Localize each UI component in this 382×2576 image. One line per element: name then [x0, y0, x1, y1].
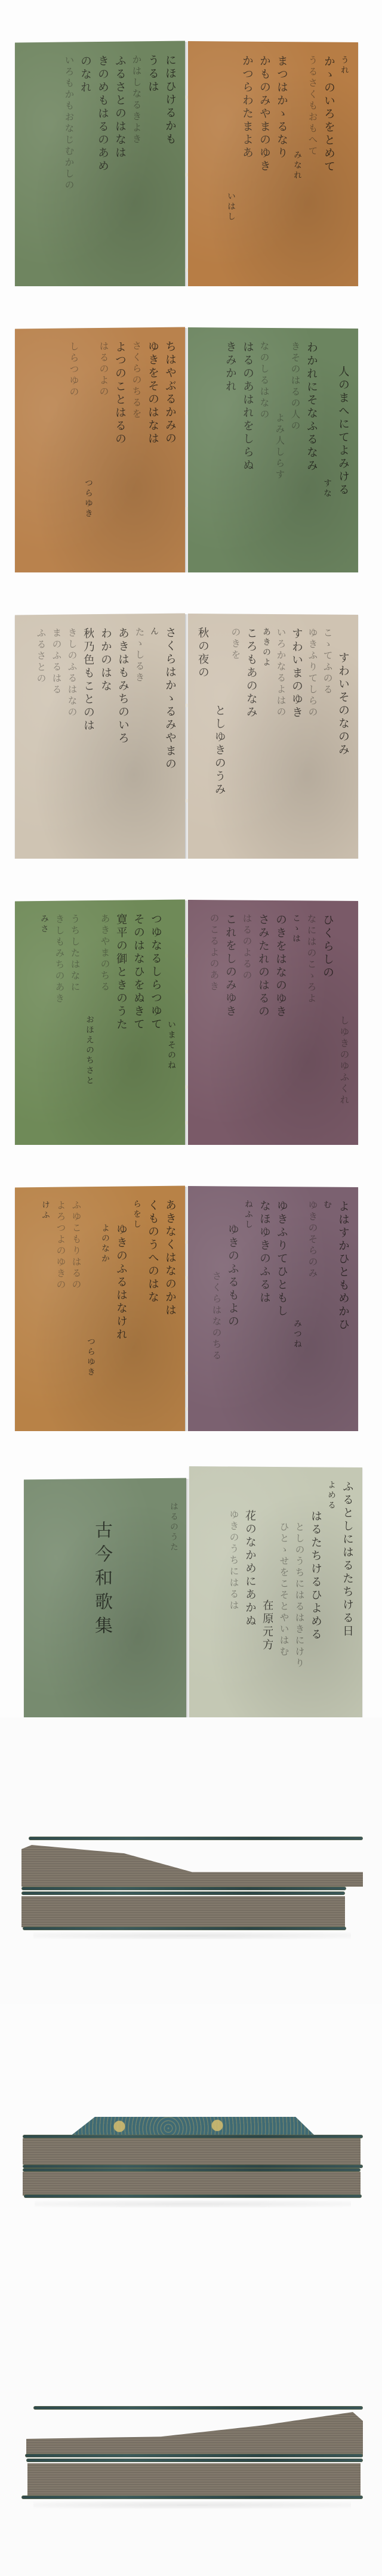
stitch-icon — [186, 268, 187, 272]
calligraphy-column: 在原元方 — [261, 1480, 273, 1717]
calligraphy-column: ちはやぶるかみの — [164, 340, 175, 572]
right-page-purple: しゆきのゆふくれ ひくらしの なにはのこゝろよ こゝは のきをはなのゆき さみた… — [188, 900, 358, 1145]
book-edge-view — [21, 1837, 363, 1956]
photo-side-edge-1 — [0, 1717, 382, 2004]
book-edge-view — [23, 2117, 363, 2236]
calligraphy-column: 秋の夜の — [198, 627, 208, 859]
calligraphy-column: はるたちけるひよめる — [310, 1480, 321, 1717]
photo-open-spread-5: あきなくはなのかは くものうへのはな らをし ゆきのふるはなけれ よのなか つら… — [0, 1145, 382, 1431]
cover-brocade-pattern — [70, 2117, 315, 2136]
calligraphy-column: きそのはるの人の — [290, 341, 300, 572]
calligraphy-column: しゆきのゆふくれ — [339, 914, 349, 1145]
calligraphy-column: しらつゆの — [69, 341, 78, 572]
calligraphy-column: さくらのちるを — [131, 340, 141, 572]
calligraphy-column: いまそのね — [167, 913, 175, 1145]
calligraphy-column: たゝしるき — [134, 627, 144, 859]
calligraphy-column: かつらわたまよあ — [241, 55, 252, 286]
book-spread: にほひけるかも うるは かはしなるきよき ふるさとのはなは きのめもはるのあめ … — [15, 42, 364, 286]
calligraphy-column: よはすかひともめかひ — [337, 1200, 349, 1431]
calligraphy-column: わかれにそなふるなみ — [306, 341, 317, 572]
calligraphy-column: ふゆこもりはるの — [71, 1200, 81, 1431]
right-page-beige: すわいそのなのみ こゝてふのる ゆきふりてしらの すわいまのゆき いろかなるよは… — [188, 614, 358, 859]
calligraphy-column: 花のなかめにあかぬ — [244, 1480, 255, 1717]
photo-title-spread: 古今和歌集 はるのうた ふるとしにはるたちける日 よめる はるたちけるひよめる … — [0, 1431, 382, 1717]
book-edge-view — [21, 2406, 363, 2525]
calligraphy-column: のきをはなのゆき — [275, 914, 286, 1145]
calligraphy-column: なほゆきのふるは — [258, 1200, 270, 1431]
calligraphy-column: ころもあのなみ — [246, 627, 257, 859]
calligraphy-column: さくらはかゝるみやまの — [164, 627, 175, 859]
calligraphy-column: おほえのちさと — [85, 914, 94, 1145]
calligraphy-column: うれ — [340, 55, 349, 286]
calligraphy-column: としゆきのうみ — [214, 627, 225, 859]
calligraphy-column: すわいまのゆき — [291, 627, 302, 859]
calligraphy-column: 人のまへにてよみける — [337, 342, 349, 572]
calligraphy-column: きみかれ — [224, 340, 236, 572]
calligraphy-column: まのふるはる — [51, 628, 61, 859]
left-page-green: にほひけるかも うるは かはしなるきよき ふるさとのはなは きのめもはるのあめ … — [15, 41, 185, 286]
photo-open-spread-4: いまそのね つゆなるしらつゆて そのはなひをぬきて 寛平の御ときのうた あきやま… — [0, 859, 382, 1145]
calligraphy-column: みつね — [293, 1200, 301, 1431]
calligraphy-column: よつのことはるの — [114, 341, 125, 572]
calligraphy-column: みさ — [40, 914, 48, 1145]
page-edges-lower — [23, 2172, 361, 2196]
calligraphy-column: かはしなるきよき — [131, 54, 141, 286]
calligraphy-column: にほひけるかも — [164, 54, 175, 286]
photo-open-spread-3: さくらはかゝるみやまの ん たゝしるき あきはもみちのいろ わかのはな 秋乃色も… — [0, 572, 382, 859]
calligraphy-column: すわいそのなのみ — [338, 628, 349, 859]
left-page-ochre: ちはやぶるかみの ゆきをそのはなは さくらのちるを よつのことはるの はるのよの… — [15, 327, 185, 572]
calligraphy-column: わかのはな — [100, 627, 111, 859]
edge-column: はるのうた — [170, 1502, 178, 1553]
calligraphy-column: きしのふるはなの — [67, 627, 76, 859]
stitch-icon — [186, 173, 187, 177]
calligraphy-column: かゝのいろをとめて — [323, 55, 334, 286]
calligraphy-column: のこるよのあき — [209, 913, 218, 1145]
stitch-icon — [186, 95, 187, 99]
right-page-purple: よはすかひともめかひ む ゆきのそらのみ みつね ゆきふりてひともし なほゆきの… — [188, 1186, 358, 1431]
page-edges-upper — [26, 2412, 363, 2457]
calligraphy-column: ゆきのふるはなけれ — [115, 1200, 127, 1431]
calligraphy-column: はるのあはれをしらぬ — [242, 341, 253, 572]
page-edges-upper — [23, 2138, 361, 2165]
calligraphy-column: ゆきふりてひともし — [276, 1200, 287, 1431]
photo-open-spread-1: にほひけるかも うるは かはしなるきよき ふるさとのはなは きのめもはるのあめ … — [0, 0, 382, 286]
calligraphy-column: む — [323, 1200, 331, 1431]
calligraphy-column: よのなか — [101, 1200, 109, 1431]
calligraphy-column: ゆきふりてしらの — [308, 627, 317, 859]
right-page-ochre: うれ かゝのいろをとめて うるさくもおもへて みなれ まつはかゝるなり かものみ… — [188, 41, 358, 286]
calligraphy-column: ひくらしの — [322, 914, 333, 1145]
calligraphy-column: きのめもはるのあめ — [97, 55, 108, 286]
calligraphy-column: さくらはなのちる — [211, 1199, 221, 1431]
calligraphy-column: これをしのみゆき — [224, 913, 236, 1145]
calligraphy-column: さみたれのはるの — [257, 914, 269, 1145]
calligraphy-column: ねふし — [244, 1200, 252, 1431]
calligraphy-column: ふるさとの — [36, 628, 45, 859]
calligraphy-column: らをし — [133, 1199, 141, 1431]
photo-open-spread-2: ちはやぶるかみの ゆきをそのはなは さくらのちるを よつのことはるの はるのよの… — [0, 286, 382, 572]
calligraphy-column: かものみやまのゆき — [258, 55, 270, 286]
calligraphy-column: うるさくもおもへて — [307, 55, 317, 286]
calligraphy-column: みなれ — [293, 55, 301, 286]
calligraphy-column: いろかなるよはの — [276, 627, 285, 859]
calligraphy-column: けふ — [41, 1200, 50, 1431]
calligraphy-column: よろつよのゆきの — [56, 1200, 65, 1431]
photo-side-edge-cover — [0, 2004, 382, 2290]
calligraphy-column: うるは — [147, 54, 158, 286]
book-title: 古今和歌集 — [88, 1521, 115, 1640]
right-page-pale: ふるとしにはるたちける日 よめる はるたちけるひよめる としのうちにはるはきにけ… — [189, 1466, 362, 1717]
calligraphy-column: よめる — [327, 1481, 335, 1717]
calligraphy-column: ん — [150, 627, 158, 859]
calligraphy-column: つゆなるしらつゆて — [150, 913, 161, 1145]
calligraphy-column: いろもかもおなじむかしの — [64, 55, 73, 286]
calligraphy-column: つらゆき — [87, 1200, 95, 1431]
calligraphy-column: 秋乃色もことのは — [82, 627, 94, 859]
calligraphy-column: ゆきのうちにはるは — [229, 1479, 238, 1717]
page-edges-lower — [21, 1896, 345, 1927]
calligraphy-column: すな — [323, 342, 331, 572]
calligraphy-column: いはし — [227, 54, 235, 286]
calligraphy-column: あきはもみちのいろ — [117, 627, 128, 859]
calligraphy-column: なのしるはなの — [259, 341, 269, 572]
calligraphy-column: よみ人しらす — [275, 341, 284, 572]
calligraphy-column: ゆきのそらのみ — [307, 1200, 317, 1431]
calligraphy-column: くものうへのはな — [147, 1199, 158, 1431]
calligraphy-column: はるのよるの — [242, 914, 251, 1145]
page-edges-upper — [21, 1845, 363, 1887]
calligraphy-column: あきのよ — [263, 627, 270, 859]
calligraphy-column: そのはなひをぬきて — [133, 913, 144, 1145]
calligraphy-column: ゆきのふるもよの — [227, 1199, 238, 1431]
left-page-ochre: あきなくはなのかは くものうへのはな らをし ゆきのふるはなけれ よのなか つら… — [15, 1186, 185, 1431]
calligraphy-column: ゆきをそのはなは — [147, 340, 158, 572]
left-page-green: いまそのね つゆなるしらつゆて そのはなひをぬきて 寛平の御ときのうた あきやま… — [15, 900, 185, 1145]
calligraphy-column: こゝてふのる — [323, 628, 332, 859]
calligraphy-column: うちしたはなに — [70, 914, 79, 1145]
right-page-green: 人のまへにてよみける すな わかれにそなふるなみ きそのはるの人の よみ人しらす… — [188, 327, 358, 572]
title-page-sage: 古今和歌集 はるのうた — [24, 1478, 186, 1717]
calligraphy-column: 寛平の御ときのうた — [115, 914, 127, 1145]
calligraphy-column: つらゆき — [84, 341, 93, 572]
calligraphy-column: まつはかゝるなり — [276, 55, 287, 286]
calligraphy-column: としのうちにはるはきにけり — [294, 1480, 304, 1717]
calligraphy-column: はるのよの — [98, 341, 108, 572]
page-edges-lower — [27, 2463, 361, 2495]
calligraphy-column: あきやまのちる — [100, 914, 109, 1145]
photo-side-edge-2 — [0, 2290, 382, 2576]
calligraphy-column: こゝは — [292, 914, 300, 1145]
left-page-beige: さくらはかゝるみやまの ん たゝしるき あきはもみちのいろ わかのはな 秋乃色も… — [15, 614, 185, 859]
calligraphy-column: ふるとしにはるたちける日 — [341, 1481, 353, 1717]
calligraphy-column: ひとゝせをこそとやいはむ — [279, 1480, 288, 1717]
calligraphy-column: きしもみちのあき — [54, 914, 64, 1145]
calligraphy-column: ふるさとのはなは — [114, 55, 125, 286]
calligraphy-column: のきを — [231, 627, 240, 859]
calligraphy-column: あきなくはなのかは — [164, 1199, 175, 1431]
calligraphy-column: なにはのこゝろよ — [306, 914, 316, 1145]
calligraphy-column: のなれ — [79, 55, 91, 286]
